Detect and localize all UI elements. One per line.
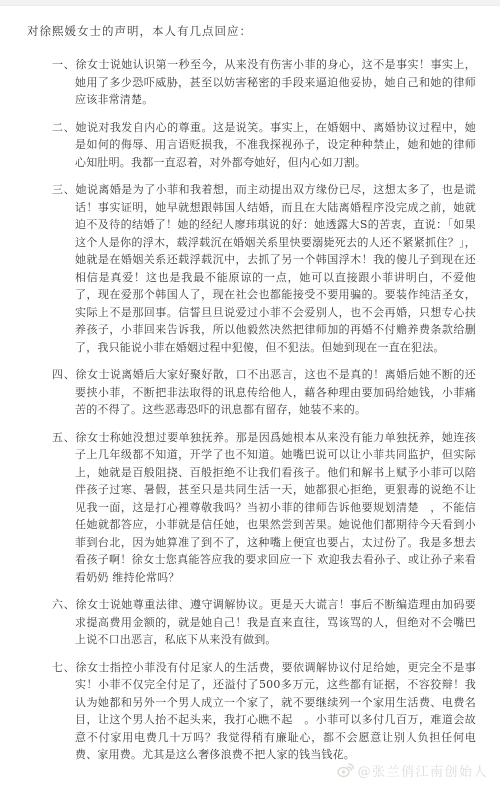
paragraph-number: 三、 xyxy=(52,183,76,196)
paragraph-text: 她说离婚是为了小菲和我着想，而主动提出双方缘份已尽，这想太多了，也是谎话！事实证… xyxy=(75,183,476,354)
paragraph-number: 二、 xyxy=(52,121,76,134)
paragraph-text: 徐女士指控小菲没有付足家人的生活费，要依调解协议付足给她，更完全不是事实！小菲不… xyxy=(75,661,476,762)
paragraph-text: 徐女士说她认识第一秒至今，从来没有伤害小菲的身心，这不是事实！事实上，她用了多少… xyxy=(75,58,476,106)
statement-paragraph-3: 三、她说离婚是为了小菲和我着想，而主动提出双方缘份已尽，这想太多了，也是谎话！事… xyxy=(52,181,476,356)
paragraph-number: 六、 xyxy=(52,598,76,611)
paragraph-number: 一、 xyxy=(52,58,76,71)
statement-paragraph-1: 一、徐女士说她认识第一秒至今，从来没有伤害小菲的身心，这不是事实！事实上，她用了… xyxy=(52,56,476,109)
paragraph-number: 四、 xyxy=(52,368,76,381)
paragraph-text: 她说对我发自内心的尊重。这是说笑。事实上，在婚姻中、离婚协议过程中，她是如何的侮… xyxy=(75,121,476,169)
paragraph-number: 七、 xyxy=(52,661,76,674)
statement-paragraph-6: 六、徐女士说她尊重法律、遵守调解协议。更是天大谎言！事后不断编造理由加码要求提高… xyxy=(52,596,476,649)
statement-paragraph-2: 二、她说对我发自内心的尊重。这是说笑。事实上，在婚姻中、离婚协议过程中，她是如何… xyxy=(52,119,476,172)
watermark-handle: @张兰俏江南创始人 xyxy=(357,761,488,780)
statement-paragraph-4: 四、徐女士说离婚后大家好聚好散，口不出恶言，这也不是真的！离婚后她不断的还要挟小… xyxy=(52,366,476,419)
weibo-watermark: @张兰俏江南创始人 xyxy=(337,761,488,780)
statement-paragraph-5: 五、徐女士称她没想过要单独抚养。那是因爲她根本从来没有能力单独抚养，她连孩子上几… xyxy=(52,429,476,587)
paragraph-text: 徐女士说离婚后大家好聚好散，口不出恶言，这也不是真的！离婚后她不断的还要挟小菲，… xyxy=(75,368,476,416)
statement-paragraph-7: 七、徐女士指控小菲没有付足家人的生活费，要依调解协议付足给她，更完全不是事实！小… xyxy=(52,659,476,764)
paragraph-text: 徐女士称她没想过要单独抚养。那是因爲她根本从来没有能力单独抚养，她连孩子上几年级… xyxy=(75,431,476,584)
statement-title: 对徐熙媛女士的声明，本人有几点回应： xyxy=(27,23,474,40)
weibo-logo-icon xyxy=(337,763,354,778)
paragraph-text: 徐女士说她尊重法律、遵守调解协议。更是天大谎言！事后不断编造理由加码要求提高费用… xyxy=(75,598,476,646)
paragraph-number: 五、 xyxy=(52,431,76,444)
statement-document: 对徐熙媛女士的声明，本人有几点回应： 一、徐女士说她认识第一秒至今，从来没有伤害… xyxy=(0,0,500,786)
